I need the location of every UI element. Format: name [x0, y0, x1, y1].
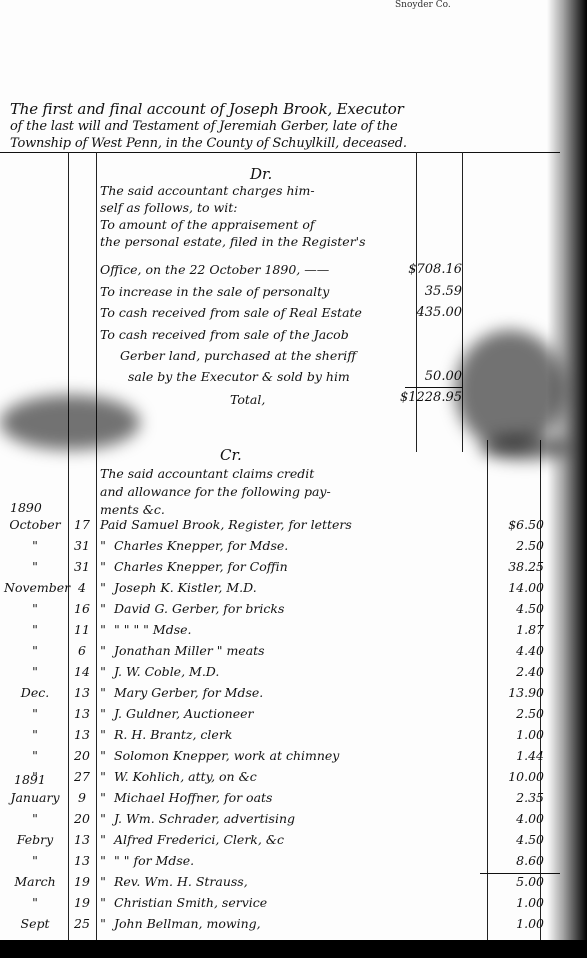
row-day: 19	[70, 874, 94, 889]
row-description: Christian Smith, service	[114, 895, 267, 910]
title-line-1: The first and final account of Joseph Br…	[10, 100, 404, 118]
year-label: 1890	[10, 500, 42, 515]
ledger-page: Snoyder Co. The first and final account …	[0, 0, 587, 958]
row-day: 19	[70, 895, 94, 910]
debit-heading: Dr.	[250, 165, 272, 183]
row-ditto: "	[98, 643, 108, 658]
row-ditto: "	[98, 769, 108, 784]
row-amount: 38.25	[480, 559, 544, 574]
scan-edge	[0, 940, 587, 958]
row-amount: 4.50	[480, 601, 544, 616]
row-ditto: "	[98, 874, 108, 889]
row-description: R. H. Brantz, clerk	[114, 727, 232, 742]
row-ditto: "	[98, 580, 108, 595]
ledger-row: " 16 " David G. Gerber, for bricks 4.50	[0, 601, 587, 622]
row-day: 17	[70, 517, 94, 532]
row-amount: 4.00	[480, 811, 544, 826]
row-amount: 2.35	[480, 790, 544, 805]
row-month: October	[4, 517, 66, 532]
row-description: Charles Knepper, for Mdse.	[114, 538, 288, 553]
row-ditto: "	[98, 916, 108, 931]
debit-entry-line: Office, on the 22 October 1890, ——	[100, 262, 329, 279]
row-day: 13	[70, 727, 94, 742]
row-day: 9	[70, 790, 94, 805]
row-day: 20	[70, 811, 94, 826]
row-description: Charles Knepper, for Coffin	[114, 559, 288, 574]
archive-stamp: Snoyder Co.	[395, 0, 451, 10]
row-day: 13	[70, 685, 94, 700]
row-ditto: "	[98, 706, 108, 721]
debit-amount: $708.16	[400, 262, 462, 277]
row-description: " " for Mdse.	[114, 853, 194, 868]
row-day: 14	[70, 664, 94, 679]
debit-intro-2: self as follows, to wit:	[100, 200, 237, 217]
row-description: " " " " Mdse.	[114, 622, 191, 637]
debit-entry-line: Gerber land, purchased at the sheriff	[120, 348, 356, 365]
row-amount: 2.50	[480, 538, 544, 553]
row-amount: 1.87	[480, 622, 544, 637]
row-description: Paid Samuel Brook, Register, for letters	[100, 517, 352, 532]
row-ditto: "	[98, 538, 108, 553]
row-description: Jonathan Miller " meats	[114, 643, 265, 658]
ledger-row: October 17 Paid Samuel Brook, Register, …	[0, 517, 587, 538]
row-amount: 8.60	[480, 853, 544, 868]
row-day: 11	[70, 622, 94, 637]
row-month: "	[4, 601, 66, 616]
scan-edge	[547, 0, 587, 958]
row-ditto: "	[98, 790, 108, 805]
ledger-row: Febry 13 " Alfred Frederici, Clerk, &c 4…	[0, 832, 587, 853]
row-amount: 4.40	[480, 643, 544, 658]
ledger-row: March 19 " Rev. Wm. H. Strauss, 5.00	[0, 874, 587, 895]
sum-rule	[405, 387, 462, 388]
row-ditto: "	[98, 664, 108, 679]
debit-intro-1: The said accountant charges him-	[100, 183, 315, 200]
ledger-row: " 20 " Solomon Knepper, work at chimney …	[0, 748, 587, 769]
credit-intro-2: and allowance for the following pay-	[100, 484, 331, 501]
row-ditto: "	[98, 895, 108, 910]
ledger-row: January 9 " Michael Hoffner, for oats 2.…	[0, 790, 587, 811]
credit-heading: Cr.	[220, 446, 242, 464]
row-month: "	[4, 853, 66, 868]
scan-smudge	[0, 395, 140, 450]
row-ditto: "	[98, 685, 108, 700]
row-day: 6	[70, 643, 94, 658]
ledger-row: November 4 " Joseph K. Kistler, M.D. 14.…	[0, 580, 587, 601]
row-description: Michael Hoffner, for oats	[114, 790, 272, 805]
row-month: March	[4, 874, 66, 889]
row-month: Sept	[4, 916, 66, 931]
row-ditto: "	[98, 622, 108, 637]
row-month: "	[4, 748, 66, 763]
ledger-row: " 31 " Charles Knepper, for Mdse. 2.50	[0, 538, 587, 559]
row-description: J. W. Coble, M.D.	[114, 664, 219, 679]
row-description: Rev. Wm. H. Strauss,	[114, 874, 248, 889]
row-amount: 13.90	[480, 685, 544, 700]
ledger-row: " 13 " " " for Mdse. 8.60	[0, 853, 587, 874]
row-amount: 1.00	[480, 895, 544, 910]
debit-amount: 35.59	[400, 284, 462, 299]
row-description: J. Guldner, Auctioneer	[114, 706, 253, 721]
row-amount: 10.00	[480, 769, 544, 784]
row-day: 31	[70, 538, 94, 553]
row-day: 13	[70, 706, 94, 721]
ledger-row: " 14 " J. W. Coble, M.D. 2.40	[0, 664, 587, 685]
title-rule	[0, 152, 560, 153]
column-rule	[416, 152, 417, 452]
row-day: 27	[70, 769, 94, 784]
row-amount: 2.50	[480, 706, 544, 721]
row-month: Febry	[4, 832, 66, 847]
row-month: November	[4, 580, 66, 595]
row-ditto: "	[98, 748, 108, 763]
row-month: Dec.	[4, 685, 66, 700]
title-line-3: Township of West Penn, in the County of …	[10, 136, 407, 151]
ledger-row: " 31 " Charles Knepper, for Coffin 38.25	[0, 559, 587, 580]
row-ditto: "	[98, 853, 108, 868]
row-description: J. Wm. Schrader, advertising	[114, 811, 295, 826]
row-day: 31	[70, 559, 94, 574]
debit-entry-line: To increase in the sale of personalty	[100, 284, 329, 301]
ledger-row: " 27 " W. Kohlich, atty, on &c 10.00	[0, 769, 587, 790]
row-amount: 4.50	[480, 832, 544, 847]
row-amount: $6.50	[480, 517, 544, 532]
row-month: "	[4, 769, 66, 784]
ledger-row: " 6 " Jonathan Miller " meats 4.40	[0, 643, 587, 664]
row-day: 16	[70, 601, 94, 616]
row-amount: 14.00	[480, 580, 544, 595]
row-day: 4	[70, 580, 94, 595]
ledger-row: " 13 " R. H. Brantz, clerk 1.00	[0, 727, 587, 748]
debit-total-amount: $1228.95	[392, 390, 462, 405]
row-ditto: "	[98, 601, 108, 616]
ledger-row: " 13 " J. Guldner, Auctioneer 2.50	[0, 706, 587, 727]
debit-entry-line: the personal estate, filed in the Regist…	[100, 234, 366, 251]
row-month: "	[4, 664, 66, 679]
ledger-row: Sept 25 " John Bellman, mowing, 1.00	[0, 916, 587, 937]
row-day: 13	[70, 853, 94, 868]
row-description: John Bellman, mowing,	[114, 916, 261, 931]
row-amount: 2.40	[480, 664, 544, 679]
row-ditto: "	[98, 832, 108, 847]
debit-entry-line: sale by the Executor & sold by him	[128, 369, 350, 386]
row-amount: 1.00	[480, 727, 544, 742]
debit-entry-line: To amount of the appraisement of	[100, 217, 315, 234]
row-day: 25	[70, 916, 94, 931]
row-description: W. Kohlich, atty, on &c	[114, 769, 257, 784]
debit-total-label: Total,	[230, 392, 265, 409]
debit-entry-line: To cash received from sale of the Jacob	[100, 327, 349, 344]
row-description: Mary Gerber, for Mdse.	[114, 685, 263, 700]
row-ditto: "	[98, 811, 108, 826]
row-month: "	[4, 643, 66, 658]
debit-amount: 435.00	[400, 305, 462, 320]
debit-amount: 50.00	[400, 369, 462, 384]
row-month: "	[4, 538, 66, 553]
row-description: Alfred Frederici, Clerk, &c	[114, 832, 284, 847]
row-amount: 5.00	[480, 874, 544, 889]
row-month: "	[4, 895, 66, 910]
row-day: 20	[70, 748, 94, 763]
ledger-row: " 20 " J. Wm. Schrader, advertising 4.00	[0, 811, 587, 832]
credit-intro-1: The said accountant claims credit	[100, 466, 314, 483]
debit-entry-line: To cash received from sale of Real Estat…	[100, 305, 362, 322]
row-description: David G. Gerber, for bricks	[114, 601, 284, 616]
row-ditto: "	[98, 559, 108, 574]
row-ditto: "	[98, 727, 108, 742]
row-month: January	[4, 790, 66, 805]
row-amount: 1.00	[480, 916, 544, 931]
row-month: "	[4, 559, 66, 574]
row-amount: 1.44	[480, 748, 544, 763]
row-month: "	[4, 811, 66, 826]
row-day: 13	[70, 832, 94, 847]
row-month: "	[4, 622, 66, 637]
row-month: "	[4, 727, 66, 742]
row-description: Joseph K. Kistler, M.D.	[114, 580, 257, 595]
ledger-row: " 11 " " " " " Mdse. 1.87	[0, 622, 587, 643]
row-description: Solomon Knepper, work at chimney	[114, 748, 339, 763]
ledger-row: Dec. 13 " Mary Gerber, for Mdse. 13.90	[0, 685, 587, 706]
title-line-2: of the last will and Testament of Jeremi…	[10, 119, 398, 134]
ledger-row: " 19 " Christian Smith, service 1.00	[0, 895, 587, 916]
row-month: "	[4, 706, 66, 721]
